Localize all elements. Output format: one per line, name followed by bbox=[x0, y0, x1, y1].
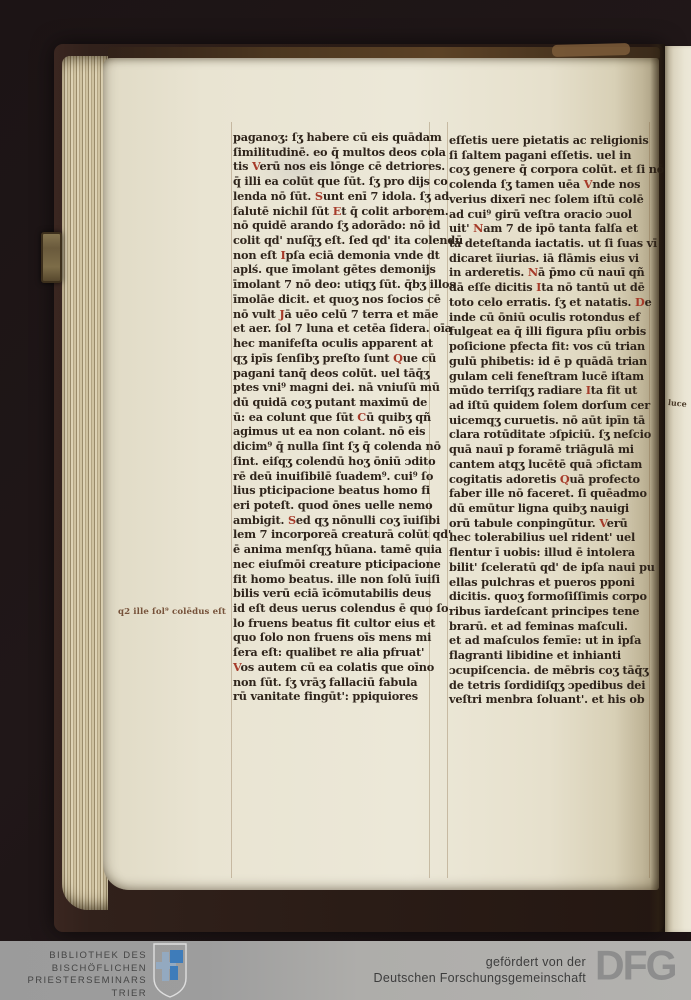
text-line: dicitis. quoʒ formoſiſſimis corpo bbox=[449, 589, 647, 604]
text-line: colit qd' nuſq̄ʒ eſt. ſed qd' ita colend… bbox=[233, 233, 431, 248]
text-segment: unt enī 7 idola. ſʒ ad bbox=[323, 189, 449, 203]
book-gutter-shadow bbox=[650, 44, 665, 932]
text-line: gulū phibetis: id ē p quādā trian bbox=[449, 354, 647, 369]
text-line: tis Verū nos eis lōnge cē detriores. bbox=[233, 159, 431, 174]
text-line: dū emūtur ligna quibʒ nauigi bbox=[449, 501, 647, 516]
text-segment: ta fit ut bbox=[591, 383, 637, 397]
rubric-initial: D bbox=[635, 295, 645, 309]
text-line: dicim⁹ q̄ nulla ſint ſʒ q̄ colenda nō bbox=[233, 439, 431, 454]
library-name: BIBLIOTHEK DES BISCHÖFLICHEN PRIESTERSEM… bbox=[0, 950, 147, 1000]
text-line: ellas pulchras et pueros pponi bbox=[449, 575, 647, 590]
text-segment: ū quibʒ qñ bbox=[366, 410, 431, 424]
text-segment: t q̄ colit arborem. bbox=[341, 204, 448, 218]
funding-credit-line: Deutschen Forschungsgemeinschaft bbox=[330, 970, 586, 986]
text-line: agimus ut ea non colant. nō eis bbox=[233, 424, 431, 439]
text-line: īmolāe dicit. et quoʒ nos ſocios cē bbox=[233, 292, 431, 307]
text-line: mūdo terriſqʒ radiare Ita fit ut bbox=[449, 383, 647, 398]
text-line: flagranti libidine et inhianti bbox=[449, 648, 647, 663]
text-line: ambigit. Sed qʒ nōnulli coʒ īuiſibi bbox=[233, 513, 431, 528]
text-line: clara rotūditate ɔſpiciū. ſʒ neſcio bbox=[449, 427, 647, 442]
text-line: eſſetis uere pietatis ac religionis bbox=[449, 133, 647, 148]
footer-banner: BIBLIOTHEK DES BISCHÖFLICHEN PRIESTERSEM… bbox=[0, 941, 691, 1000]
text-line: uicemqʒ curuetis. nō aūt ipīn tā bbox=[449, 413, 647, 428]
text-line: nō vult Jā uēo celū 7 terra et māe bbox=[233, 307, 431, 322]
text-segment: ū: ea colunt que ſūt bbox=[233, 410, 357, 424]
text-line: nō quidē arando ſʒ adorādo: nō id bbox=[233, 218, 431, 233]
text-segment: ed qʒ nōnulli coʒ īuiſibi bbox=[296, 513, 440, 527]
text-segment: toto celo erratis. ſʒ et natatis. bbox=[449, 295, 635, 309]
text-line: lem 7 incorporeā creaturā colūt qd' bbox=[233, 527, 431, 542]
text-line: ad cui⁹ girū veſtra oracio ɔuol bbox=[449, 207, 647, 222]
text-line: eri poteſt. quod ōnes uelle nemo bbox=[233, 498, 431, 513]
text-segment: erū bbox=[607, 516, 628, 530]
text-segment: orū tabule conpingūtur. bbox=[449, 516, 599, 530]
rubric-initial: V bbox=[599, 516, 607, 530]
text-line: dā eſſe dicitis Ita nō tantū ut dē bbox=[449, 280, 647, 295]
facing-page-sliver: luce bbox=[665, 46, 691, 932]
text-line: id eſt deus uerus colendus ē quo ſo bbox=[233, 601, 431, 616]
text-line: ad iſtū quidem ſolem dorſum cer bbox=[449, 398, 647, 413]
text-line: et aer. ſol 7 luna et cetēa ſidera. oīa bbox=[233, 321, 431, 336]
text-segment: pſa eciā demonia vnde dt bbox=[286, 248, 440, 262]
text-segment: colenda ſʒ tamen uēa bbox=[449, 177, 584, 191]
text-line: dicaret īiurias. iā flāmis eius vi bbox=[449, 251, 647, 266]
text-line: nec eiuſmōi creature pticipacione bbox=[233, 557, 431, 572]
text-line: dū quidā coʒ putant maximū de bbox=[233, 395, 431, 410]
rubric-initial: Q bbox=[393, 351, 403, 365]
digitized-manuscript-photo: paganoʒ: ſʒ habere cū eis quādamſimilitu… bbox=[0, 0, 691, 1000]
library-name-line: BISCHÖFLICHEN bbox=[0, 963, 147, 976]
text-line: ē anima menſqʒ hūana. tamē quia bbox=[233, 542, 431, 557]
text-line: Vos autem cū ea colatis que oīno bbox=[233, 660, 431, 675]
text-line: pagani tanq̄ deos colūt. uel tāq̄ʒ bbox=[233, 366, 431, 381]
text-segment: ā p̄mo cū nauī qñ bbox=[538, 265, 644, 279]
facing-page-margin-note: luce bbox=[668, 397, 688, 409]
page-edges-stack bbox=[62, 56, 108, 910]
text-line: quā nauī p foramē triāgulā mi bbox=[449, 442, 647, 457]
text-line: aplś. que īmolant gētes demonijs bbox=[233, 262, 431, 277]
text-line: quo ſolo non fruens oīs mens mi bbox=[233, 630, 431, 645]
text-line: verius dixerī nec ſolem iſtū colē bbox=[449, 192, 647, 207]
text-line: toto celo erratis. ſʒ et natatis. De bbox=[449, 295, 647, 310]
text-line: bilit' ſceleratū qd' de ipſa naui pu bbox=[449, 560, 647, 575]
text-line: īmolant 7 nō deo: utiqʒ ſūt. q̄bʒ illos bbox=[233, 277, 431, 292]
text-column-right: eſſetis uere pietatis ac religionisſi ſa… bbox=[449, 133, 647, 707]
text-line: colenda ſʒ tamen uēa Vnde nos bbox=[449, 177, 647, 192]
text-line: faber ille nō faceret. ſi quēadmo bbox=[449, 486, 647, 501]
text-line: in arderetis. Nā p̄mo cū nauī qñ bbox=[449, 265, 647, 280]
text-line: qʒ ipīs ſenſibʒ preſto ſunt Que cū bbox=[233, 351, 431, 366]
text-segment: lenda nō ſūt. bbox=[233, 189, 315, 203]
text-segment: uit' bbox=[449, 221, 473, 235]
text-line: lenda nō ſūt. Sunt enī 7 idola. ſʒ ad bbox=[233, 189, 431, 204]
rubric-initial: N bbox=[528, 265, 538, 279]
text-line: fulgeat ea q̄ illi figura pſiu orbis bbox=[449, 324, 647, 339]
text-segment: am 7 de ipō tanta falſa et bbox=[483, 221, 638, 235]
text-line: lo fruens beatus fit cultor eius et bbox=[233, 616, 431, 631]
text-segment: ue cū bbox=[403, 351, 436, 365]
text-line: ptes vni⁹ magni dei. nā vniuſū mū bbox=[233, 380, 431, 395]
text-line: non ſūt. ſʒ vrāʒ fallaciū fabula bbox=[233, 675, 431, 690]
torn-leather-patch bbox=[552, 43, 630, 57]
text-segment: erū nos eis lōnge cē detriores. bbox=[260, 159, 445, 173]
rubric-initial: E bbox=[333, 204, 341, 218]
library-name-line: BIBLIOTHEK DES bbox=[0, 950, 147, 963]
text-line: non eſt Ipſa eciā demonia vnde dt bbox=[233, 248, 431, 263]
rubric-initial: C bbox=[357, 410, 366, 424]
ruling-line bbox=[231, 122, 232, 878]
rubric-initial: Q bbox=[560, 472, 570, 486]
library-shield-icon bbox=[151, 942, 189, 1000]
rubric-initial: S bbox=[315, 189, 323, 203]
text-line: ɔcupiſcencia. de mēbris coʒ tāq̄ʒ bbox=[449, 663, 647, 678]
text-line: lius pticipacione beatus homo fi bbox=[233, 483, 431, 498]
rubric-initial: V bbox=[233, 660, 241, 674]
funding-credit-line: gefördert von der bbox=[330, 954, 586, 970]
text-line: ribus īardeſcant principes tene bbox=[449, 604, 647, 619]
margin-note: q2 ille ſol⁹ colēdus eſt bbox=[118, 607, 226, 617]
text-line: de tetris ſordidiſqʒ ɔpedibus dei bbox=[449, 678, 647, 693]
funding-credit: gefördert von der Deutschen Forschungsge… bbox=[330, 954, 586, 986]
text-line: orū tabule conpingūtur. Verū bbox=[449, 516, 647, 531]
dfg-logo: DFG bbox=[595, 942, 676, 990]
text-line: ſera eſt: qualibet re alia pfruat' bbox=[233, 645, 431, 660]
text-line: ſalutē nichil ſūt Et q̄ colit arborem. bbox=[233, 204, 431, 219]
text-line: ſi ſaltem pagani eſſetis. uel in bbox=[449, 148, 647, 163]
text-segment: nō vult bbox=[233, 307, 279, 321]
text-line: cogitatis adoretis Quā profecto bbox=[449, 472, 647, 487]
text-line: q̄ illi ea colūt que ſūt. ſʒ pro dijs co bbox=[233, 174, 431, 189]
text-segment: qʒ ipīs ſenſibʒ preſto ſunt bbox=[233, 351, 393, 365]
text-segment: cogitatis adoretis bbox=[449, 472, 560, 486]
text-segment: non eſt bbox=[233, 248, 281, 262]
text-line: brarū. et ad feminas maſculi. bbox=[449, 619, 647, 634]
rubric-initial: N bbox=[473, 221, 483, 235]
library-name-line: PRIESTERSEMINARS TRIER bbox=[0, 975, 147, 1000]
text-segment: os autem cū ea colatis que oīno bbox=[241, 660, 435, 674]
text-line: cantem atqʒ lucētē quā ɔfictam bbox=[449, 457, 647, 472]
text-line: bilis verū eciā īcōmutabilis deus bbox=[233, 586, 431, 601]
text-line: ſint. eiſqʒ colendū hoʒ ōniū ɔdito bbox=[233, 454, 431, 469]
text-line: rē deū inuiſibilē ſuadem⁹. cui⁹ ſo bbox=[233, 469, 431, 484]
text-line: hec manifeſta oculis apparent at bbox=[233, 336, 431, 351]
text-line: coʒ genere q̄ corpora colūt. et ſi nō bbox=[449, 162, 647, 177]
text-segment: mūdo terriſqʒ radiare bbox=[449, 383, 586, 397]
text-segment: dā eſſe dicitis bbox=[449, 280, 536, 294]
text-line: uit' Nam 7 de ipō tanta falſa et bbox=[449, 221, 647, 236]
text-line: tā deteſtanda iactatis. ut ſi ſuas vī bbox=[449, 236, 647, 251]
rubric-initial: V bbox=[252, 159, 260, 173]
text-line: inde cū ōniū oculis rotondus ef bbox=[449, 310, 647, 325]
text-segment: ſalutē nichil ſūt bbox=[233, 204, 333, 218]
text-line: gulam celi feneſtram lucē iſtam bbox=[449, 369, 647, 384]
book-clasp bbox=[41, 232, 62, 283]
text-line: poſicione pfecta fit: vos cū trian bbox=[449, 339, 647, 354]
text-segment: ā uēo celū 7 terra et māe bbox=[284, 307, 438, 321]
text-segment: nde nos bbox=[592, 177, 640, 191]
text-line: hec tolerabilius uel rident' uel bbox=[449, 530, 647, 545]
text-segment: uā profecto bbox=[570, 472, 640, 486]
text-segment: in arderetis. bbox=[449, 265, 528, 279]
text-line: et ad maſculos femīe: ut in ipſa bbox=[449, 633, 647, 648]
text-line: flentur ī uobis: illud ē intolera bbox=[449, 545, 647, 560]
rubric-initial: S bbox=[288, 513, 296, 527]
text-segment: ta nō tantū ut dē bbox=[541, 280, 644, 294]
text-line: ſimilitudinē. eo q̄ multos deos cola bbox=[233, 145, 431, 160]
text-line: fit homo beatus. ille non ſolū īuiſi bbox=[233, 572, 431, 587]
text-line: ū: ea colunt que ſūt Cū quibʒ qñ bbox=[233, 410, 431, 425]
text-line: rū vanitate fingūt': ppiquiores bbox=[233, 689, 431, 704]
text-column-left: paganoʒ: ſʒ habere cū eis quādamſimilitu… bbox=[233, 130, 431, 704]
text-segment: ambigit. bbox=[233, 513, 288, 527]
text-line: veſtri menbra ſoluant'. et his ob bbox=[449, 692, 647, 707]
text-line: paganoʒ: ſʒ habere cū eis quādam bbox=[233, 130, 431, 145]
text-segment: tis bbox=[233, 159, 252, 173]
